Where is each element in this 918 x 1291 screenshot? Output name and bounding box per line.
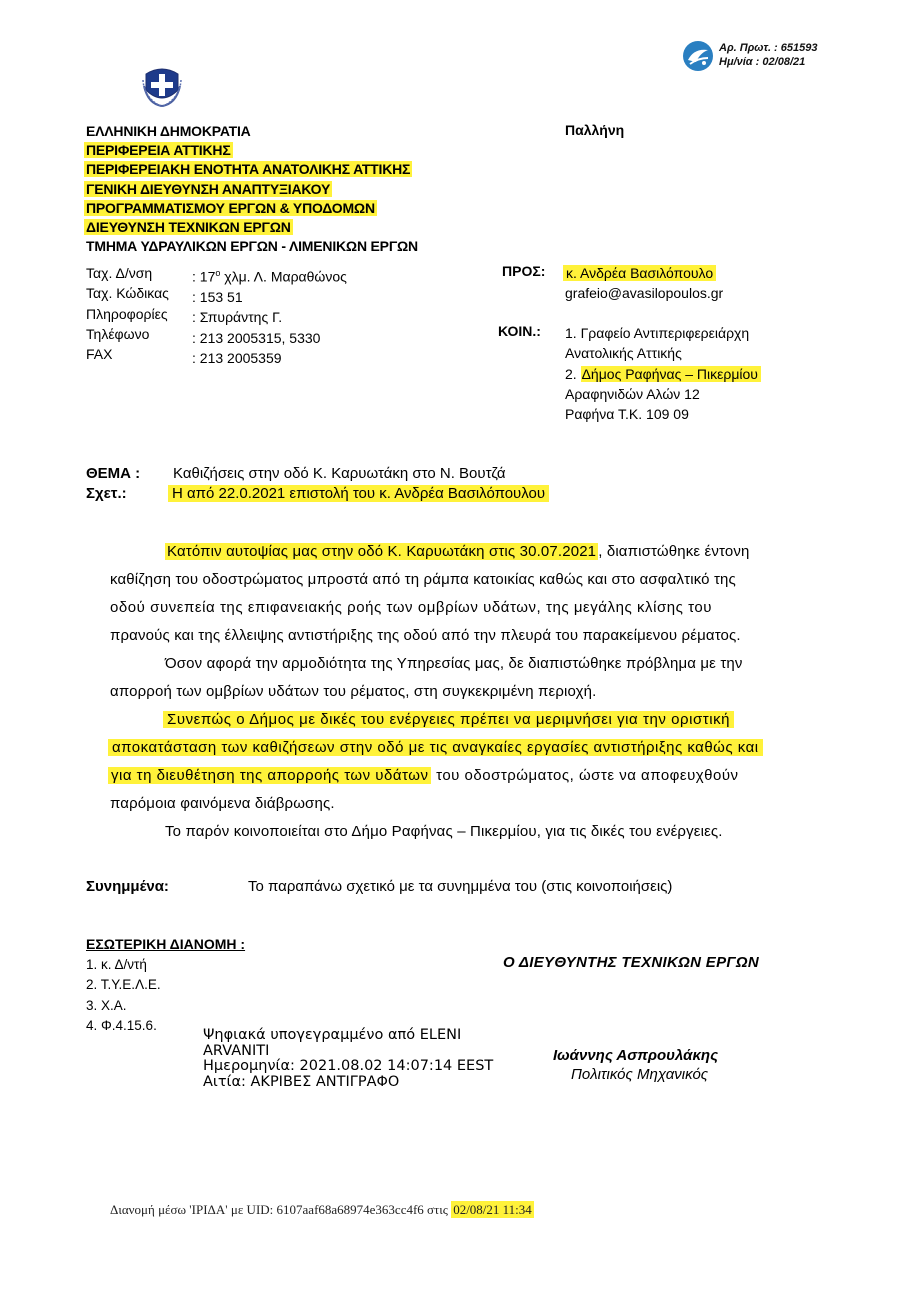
org-line-4: ΓΕΝΙΚΗ ΔΙΕΥΘΥΝΣΗ ΑΝΑΠΤΥΞΙΑΚΟΥ [84,181,332,197]
internal-distribution-title: ΕΣΩΤΕΡΙΚΗ ΔΙΑΝΟΜΗ : [86,936,245,952]
body-p3-line-1: Συνεπώς ο Δήμος με δικές του ενέργειες π… [163,711,734,728]
attachments-value: Το παραπάνω σχετικό με τα συνημμένα του … [248,878,672,895]
contact-label-phone: Τηλέφωνο [86,324,169,344]
cc-label: ΚΟΙΝ.: [498,323,541,339]
body-p3-line-2: αποκατάσταση των καθιζήσεων στην οδό με … [108,739,763,756]
organization-header: ΕΛΛΗΝΙΚΗ ΔΗΜΟΚΡΑΤΙΑ ΠΕΡΙΦΕΡΕΙΑ ΑΤΤΙΚΗΣ Π… [86,122,418,256]
cc-recipients: 1. Γραφείο Αντιπεριφερειάρχη Ανατολικής … [565,323,761,424]
cc-line-4: Αραφηνιδών Αλών 12 [565,384,761,404]
protocol-number: 651593 [781,42,818,54]
cc-line-2: Ανατολικής Αττικής [565,343,761,363]
protocol-date: 02/08/21 [762,56,805,68]
org-line-6: ΔΙΕΥΘΥΝΣΗ ΤΕΧΝΙΚΩΝ ΕΡΓΩΝ [84,219,293,235]
contact-labels: Ταχ. Δ/νση Ταχ. Κώδικας Πληροφορίες Τηλέ… [86,263,169,364]
subject-value: Καθιζήσεις στην οδό Κ. Καρυωτάκη στο Ν. … [173,465,506,482]
signature-line-1: Ψηφιακά υπογεγραμμένο από ELENI [203,1028,493,1044]
contact-value-phone: : 213 2005315, 5330 [192,328,347,348]
city-name: Παλλήνη [565,122,624,138]
internal-item: 2. Τ.Υ.Ε.Λ.Ε. [86,975,161,995]
contact-value-address: : 17ο χλμ. Λ. Μαραθώνος [192,263,347,287]
body-p3-line-3: για τη διευθέτηση της απορροής των υδάτω… [108,767,739,784]
cc-line-3: 2. Δήμος Ραφήνας – Πικερμίου [565,364,761,384]
signature-line-3: Ημερομηνία: 2021.08.02 14:07:14 EEST [203,1059,493,1075]
contact-value-postcode: : 153 51 [192,287,347,307]
footer-text: Διανομή μέσω 'ΙΡΙΔΑ' με UID: 6107aaf68a6… [110,1202,451,1217]
cc-line-1: 1. Γραφείο Αντιπεριφερειάρχη [565,323,761,343]
signer-name: Ιωάννης Ασπρουλάκης [553,1047,718,1064]
protocol-stamp: Αρ. Πρωτ. : 651593 Ημ/νία : 02/08/21 [719,41,818,69]
iris-logo-icon [682,40,714,72]
cc-line-5: Ραφήνα Τ.Κ. 109 09 [565,404,761,424]
org-line-5: ΠΡΟΓΡΑΜΜΑΤΙΣΜΟΥ ΕΡΓΩΝ & ΥΠΟΔΟΜΩΝ [84,200,377,216]
greek-coat-of-arms-icon [142,60,182,108]
org-line-3: ΠΕΡΙΦΕΡΕΙΑΚΗ ΕΝΟΤΗΤΑ ΑΝΑΤΟΛΙΚΗΣ ΑΤΤΙΚΗΣ [84,161,412,177]
org-line-7: ΤΜΗΜΑ ΥΔΡΑΥΛΙΚΩΝ ΕΡΓΩΝ - ΛΙΜΕΝΙΚΩΝ ΕΡΓΩΝ [86,238,418,254]
body-p1-line-2: καθίζηση του οδοστρώματος μπροστά από τη… [110,571,736,588]
distribution-footer: Διανομή μέσω 'ΙΡΙΔΑ' με UID: 6107aaf68a6… [110,1202,534,1218]
to-label: ΠΡΟΣ: [502,263,545,279]
date-label: Ημ/νία : [719,56,759,68]
contact-label-fax: FAX [86,344,169,364]
signature-line-2: ARVANITI [203,1044,493,1060]
contact-values: : 17ο χλμ. Λ. Μαραθώνος : 153 51 : Σπυρά… [192,263,347,368]
body-p1-line-4: πρανούς και της έλλειψης αντιστήριξης τη… [110,627,741,644]
to-name: κ. Ανδρέα Βασιλόπουλο [563,265,716,281]
body-p2-line-1: Όσον αφορά την αρμοδιότητα της Υπηρεσίας… [165,655,743,672]
body-p2-line-2: απορροή των ομβρίων υδάτων του ρέματος, … [110,683,596,700]
internal-item: 1. κ. Δ/ντή [86,955,161,975]
internal-item: 4. Φ.4.15.6. [86,1016,161,1036]
contact-label-info: Πληροφορίες [86,304,169,324]
to-email[interactable]: grafeio@avasilopoulos.gr [563,283,723,303]
body-p3-line-4: παρόμοια φαινόμενα διάβρωσης. [110,795,335,812]
contact-label-address: Ταχ. Δ/νση [86,263,169,283]
attachments-label: Συνημμένα: [86,878,169,895]
reference-label: Σχετ.: [86,485,127,502]
org-line-2: ΠΕΡΙΦΕΡΕΙΑ ΑΤΤΙΚΗΣ [84,142,233,158]
protocol-label: Αρ. Πρωτ. : [719,42,778,54]
contact-value-info: : Σπυράντης Γ. [192,307,347,327]
body-p4: Το παρόν κοινοποιείται στο Δήμο Ραφήνας … [165,823,723,840]
cc-municipality: Δήμος Ραφήνας – Πικερμίου [581,366,761,382]
signer-title: Πολιτικός Μηχανικός [571,1066,708,1083]
internal-item: 3. Χ.Α. [86,996,161,1016]
to-recipient: κ. Ανδρέα Βασιλόπουλο grafeio@avasilopou… [563,263,723,304]
body-p1-line-1: Κατόπιν αυτοψίας μας στην οδό Κ. Καρυωτά… [165,543,750,560]
footer-datetime: 02/08/21 11:34 [451,1201,534,1218]
reference-value: Η από 22.0.2021 επιστολή του κ. Ανδρέα Β… [168,485,549,502]
digital-signature[interactable]: Ψηφιακά υπογεγραμμένο από ELENI ARVANITI… [203,1028,493,1090]
body-p1-line-3: οδού συνεπεία της επιφανειακής ροής των … [110,599,712,616]
org-line-1: ΕΛΛΗΝΙΚΗ ΔΗΜΟΚΡΑΤΙΑ [86,123,251,139]
director-title: Ο ΔΙΕΥΘΥΝΤΗΣ ΤΕΧΝΙΚΩΝ ΕΡΓΩΝ [503,954,759,971]
signature-line-4: Αιτία: ΑΚΡΙΒΕΣ ΑΝΤΙΓΡΑΦΟ [203,1075,493,1091]
contact-label-postcode: Ταχ. Κώδικας [86,283,169,303]
contact-value-fax: : 213 2005359 [192,348,347,368]
internal-distribution-list: 1. κ. Δ/ντή 2. Τ.Υ.Ε.Λ.Ε. 3. Χ.Α. 4. Φ.4… [86,955,161,1036]
subject-label: ΘΕΜΑ : [86,465,140,482]
